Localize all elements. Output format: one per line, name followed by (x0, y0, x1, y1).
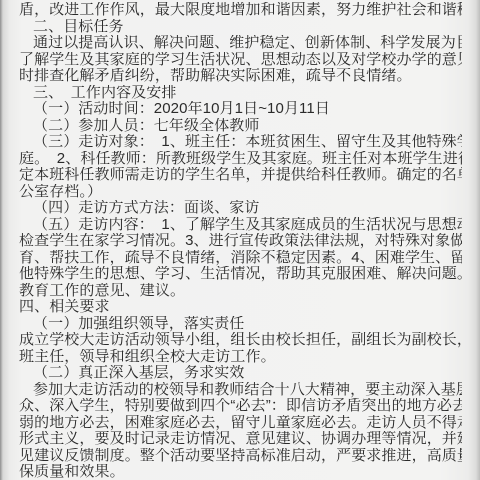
document-line: 三、 工作内容及安排 (19, 85, 462, 102)
document-line: 时排查化解矛盾纠纷，帮助解决实际困难，疏导不良情绪。 (19, 68, 462, 85)
document-line: （五）走访内容： 1、了解学生及其家庭成员的生活状况与思想动态。 2、 (19, 217, 462, 234)
document-line: 二、目标任务 (19, 19, 462, 36)
document-line: 了解学生及其家庭的学习生活状况、思想动态以及对学校办学的意见建议，及 (19, 52, 462, 69)
document-line: 班主任，领导和组织全校大走访工作。 (19, 349, 462, 366)
document-line: 形式主义，要及时记录走访情况、意见建议、协调办理等情况，并建立群众意 (19, 431, 462, 448)
document-line: 通过以提高认识、解决问题、维护稳定、创新体制、科学发展为目标，深入 (19, 35, 462, 52)
document-line: 保质量和效果。 (19, 464, 462, 480)
document-text-block: 盾，改进工作作风，最大限度地增加和谐因素，努力维护社会和谐稳定。二、目标任务通过… (19, 2, 462, 480)
document-line: 公室存档。） (19, 184, 462, 201)
document-line: 弱的地方必去，困难家庭必去，留守儿童家庭必去。走访人员不得走过场、搞 (19, 415, 462, 432)
document-line: （三）走访对象： 1、班主任：本班贫困生、留守生及其他特殊学生和其家 (19, 134, 462, 151)
document-line: （一）加强组织领导，落实责任 (19, 316, 462, 333)
document-line: 教育工作的意见、建议。 (19, 283, 462, 300)
document-line: 盾，改进工作作风，最大限度地增加和谐因素，努力维护社会和谐稳定。 (19, 2, 462, 19)
document-line: 庭。 2、科任教师：所教班级学生及其家庭。班主任对本班学生进行划分，确 (19, 151, 462, 168)
document-line: （四）走访方式方法：面谈、家访 (19, 200, 462, 217)
document-line: 育、帮扶工作，疏导不良情绪，消除不稳定因素。4、困难学生、留守儿童及其 (19, 250, 462, 267)
document-line: 参加大走访活动的校领导和教师结合十八大精神，要主动深入基层、深入群 (19, 382, 462, 399)
document-line: 众、深入学生，特别要做到四个“必去”：即信访矛盾突出的地方必去，工作薄 (19, 398, 462, 415)
document-page: 盾，改进工作作风，最大限度地增加和谐因素，努力维护社会和谐稳定。二、目标任务通过… (0, 0, 480, 480)
document-line: 他特殊学生的思想、学习、生活情况，帮助其克服困难、解决问题。5、对学校 (19, 266, 462, 283)
document-line: 检查学生在家学习情况。3、进行宣传政策法律法规，对特殊对象做好思想教 (19, 233, 462, 250)
document-line: 见建议反馈制度。整个活动要坚持高标准启动，严要求推进，高质量落实，确 (19, 448, 462, 465)
document-line: （二）参加人员：七年级全体教师 (19, 118, 462, 135)
document-line: （二）真正深入基层，务求实效 (19, 365, 462, 382)
document-line: （一）活动时间：2020年10月1日~10月11日 (19, 101, 462, 118)
document-line: 定本班科任教师需走访的学生名单，并提供给科任教师。确定的名单交一份办 (19, 167, 462, 184)
document-line: 成立学校大走访活动领导小组，组长由校长担任，副组长为副校长，成员为各 (19, 332, 462, 349)
document-line: 四、相关要求 (19, 299, 462, 316)
